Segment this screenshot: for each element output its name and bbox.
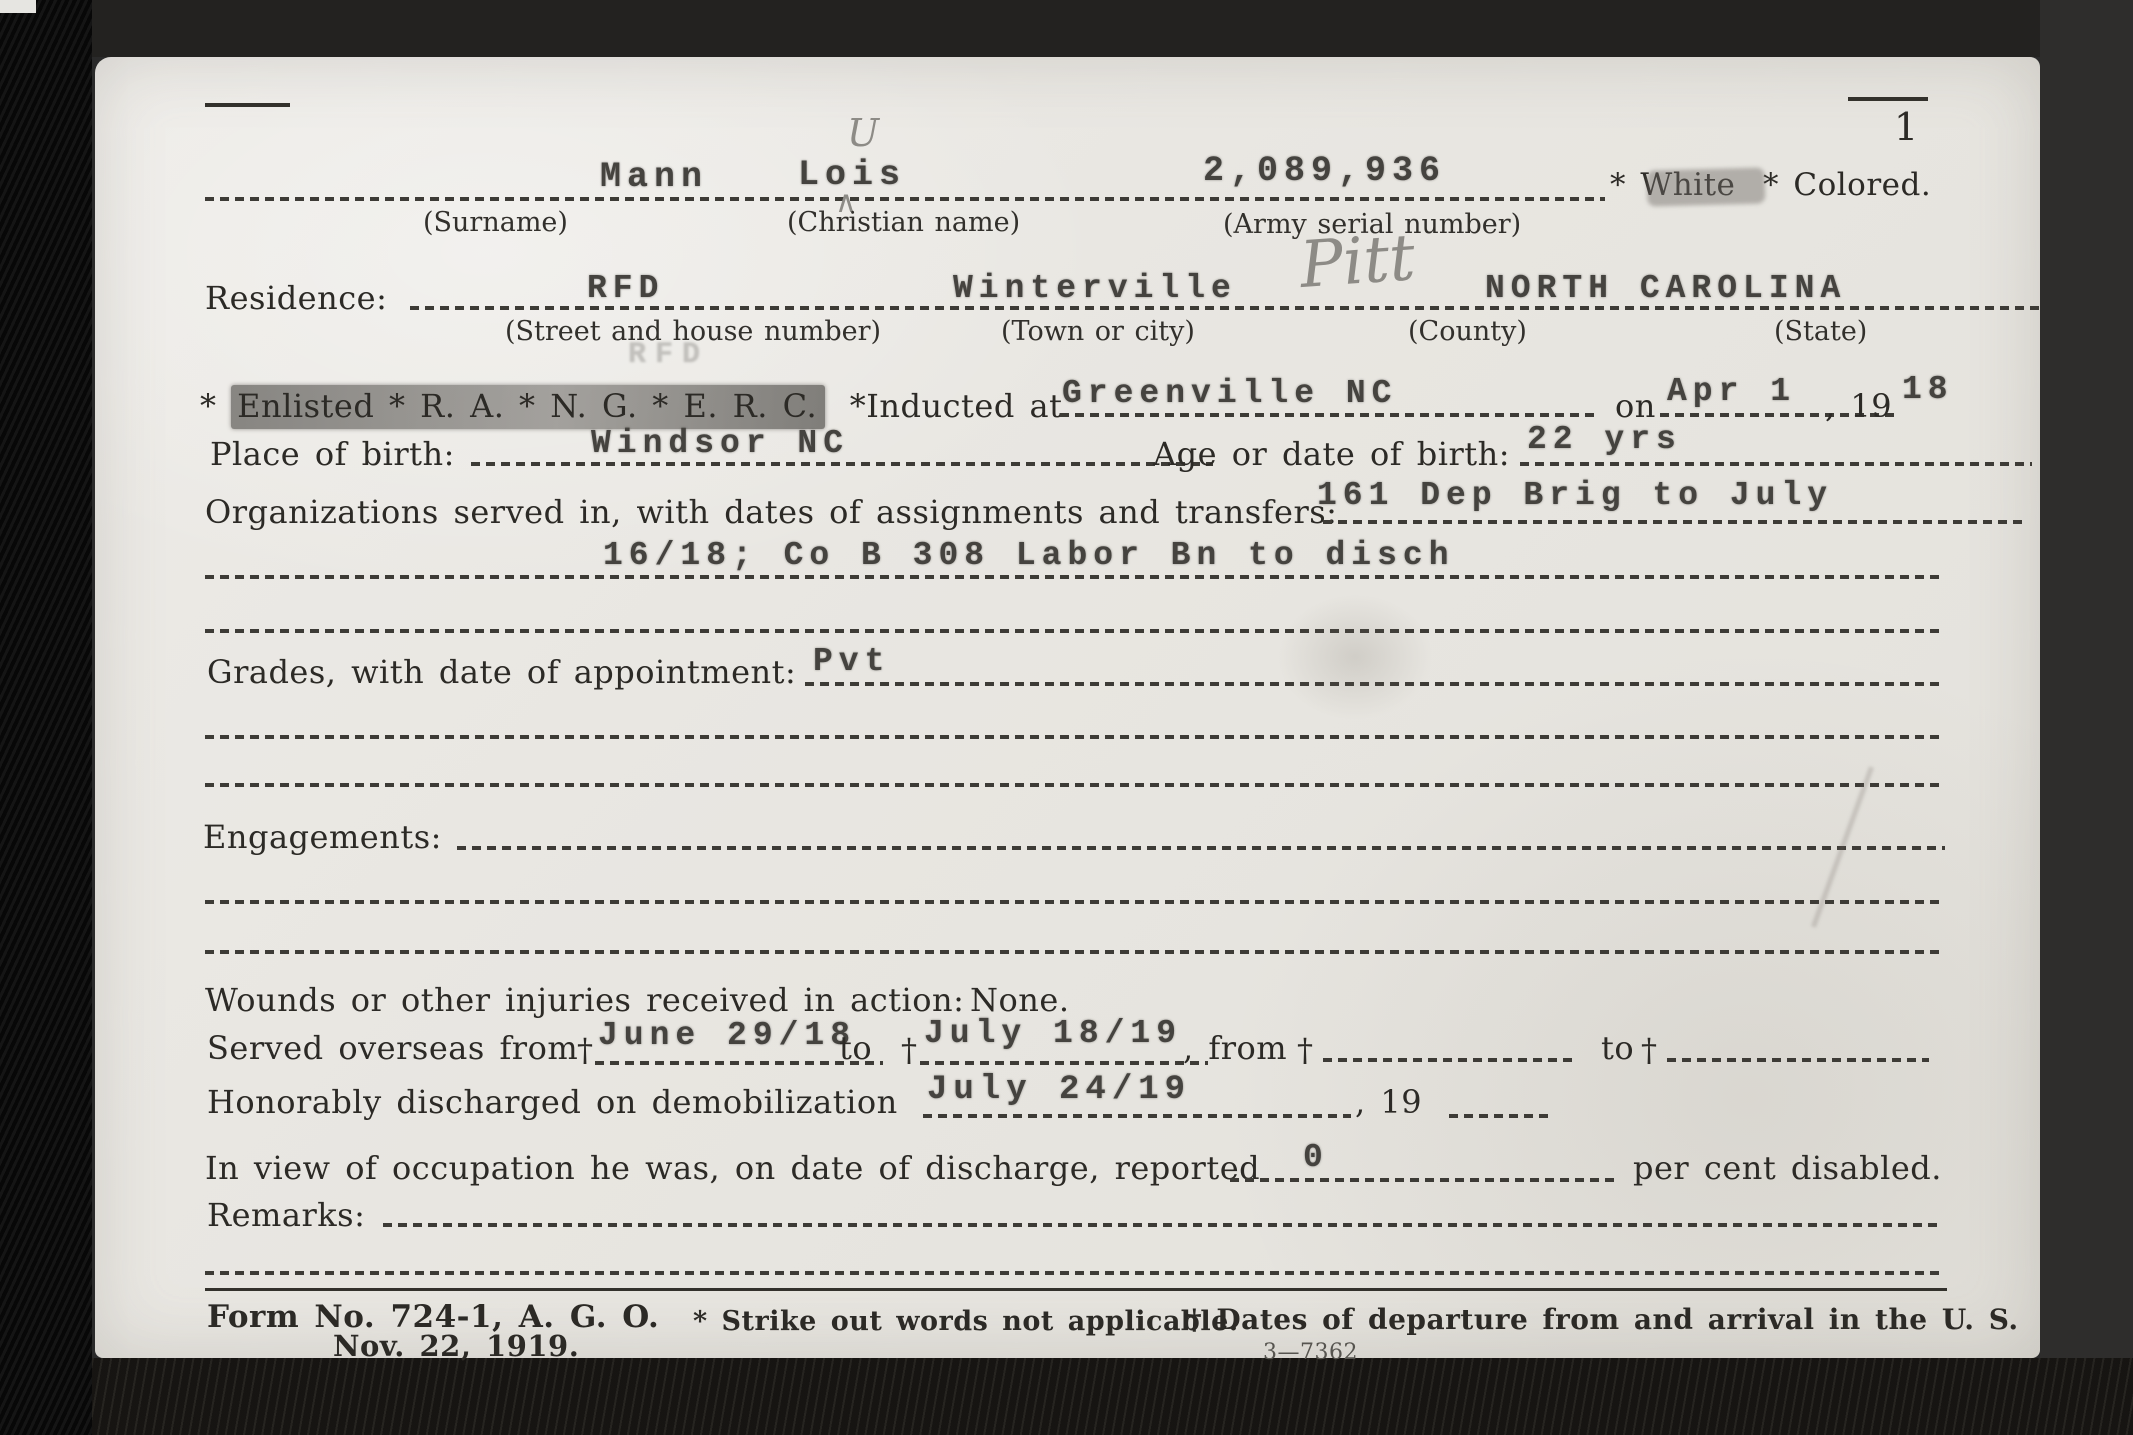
overseas-from-2-label: , from: [1183, 1029, 1287, 1067]
page-number: 1: [1894, 105, 1919, 149]
street-value: RFD: [587, 270, 664, 307]
grades-label: Grades, with date of appointment:: [207, 653, 796, 691]
inducted-place-line: [1060, 413, 1600, 417]
army-serial-value: 2,089,936: [1203, 151, 1446, 191]
overseas-to-label-1: to: [839, 1029, 872, 1067]
age-label: Age or date of birth:: [1153, 435, 1510, 473]
disability-suffix: per cent disabled.: [1633, 1149, 1942, 1187]
overseas-from-2-line: [1323, 1058, 1578, 1062]
insert-letter-annotation: U: [847, 111, 879, 155]
town-caption: (Town or city): [1001, 316, 1195, 347]
organizations-line-2: [205, 575, 1945, 579]
residence-label: Residence:: [205, 279, 387, 317]
dagger-4: †: [1641, 1031, 1658, 1069]
year-prefix: , 19: [1825, 387, 1892, 425]
struck-out-enlistment-options: Enlisted * R. A. * N. G. * E. R. C.: [231, 385, 825, 429]
scan-bottom-border: [92, 1358, 2133, 1435]
scan-top-border: [92, 0, 2133, 57]
discharge-date-line: [923, 1114, 1351, 1118]
scan-corner-artifact: [0, 0, 36, 13]
enlistment-star: *: [200, 387, 217, 425]
dagger-3: †: [1297, 1031, 1314, 1069]
corner-rule-left: [205, 103, 290, 107]
enlistment-line: * Enlisted * R. A. * N. G. * E. R. C. *I…: [200, 387, 1062, 425]
place-of-birth-value: Windsor NC: [591, 425, 849, 462]
form-date: Nov. 22, 1919.: [333, 1329, 579, 1363]
surname-caption: (Surname): [423, 207, 568, 238]
blank-line-1: [205, 629, 1945, 633]
county-caption: (County): [1408, 316, 1527, 347]
scan-left-border: [0, 0, 92, 1435]
discharge-year-line: [1449, 1114, 1553, 1118]
discharge-label: Honorably discharged on demobilization: [207, 1083, 898, 1121]
blank-line-4: [205, 900, 1945, 904]
christian-name-caption: (Christian name): [787, 207, 1020, 238]
dagger-2: †: [901, 1031, 918, 1069]
town-value: Winterville: [953, 270, 1237, 307]
inducted-at-label: *Inducted at: [850, 387, 1063, 425]
discharge-year-prefix: , 19: [1355, 1083, 1422, 1121]
pencil-smudge-white: [1647, 167, 1766, 206]
colored-option: * Colored.: [1763, 167, 1931, 203]
place-of-birth-label: Place of birth:: [210, 435, 455, 473]
organizations-value-1: 161 Dep Brig to July: [1317, 477, 1833, 514]
age-value: 22 yrs: [1527, 421, 1682, 458]
engagements-line: [457, 846, 1945, 850]
wounds-value: None.: [970, 981, 1069, 1019]
footer-rule: [205, 1288, 1947, 1291]
blank-line-5: [205, 950, 1945, 954]
discharge-date-value: July 24/19: [927, 1071, 1191, 1109]
dagger-1: †: [577, 1031, 594, 1069]
organizations-value-2: 16/18; Co B 308 Labor Bn to disch: [603, 537, 1455, 574]
scan-right-border: [2040, 0, 2133, 1435]
blank-line-2: [205, 735, 1945, 739]
service-record-card: 1 Mann Lois U ∧ 2,089,936 * White * Colo…: [95, 57, 2040, 1358]
overseas-to-1-line: [920, 1061, 1208, 1065]
engagements-label: Engagements:: [203, 818, 442, 856]
age-line: [1520, 462, 2032, 466]
organizations-label: Organizations served in, with dates of a…: [205, 493, 1337, 531]
on-label: on: [1615, 387, 1656, 425]
county-value-handwritten: Pitt: [1298, 221, 1418, 303]
print-code: 3—7362: [1263, 1340, 1358, 1365]
organizations-line-1: [1323, 520, 2023, 524]
footnote-strike-out: * Strike out words not applicable.: [693, 1306, 1239, 1337]
name-line: [205, 197, 1605, 201]
state-value: NORTH CAROLINA: [1485, 270, 1846, 307]
overseas-to-2-line: [1667, 1058, 1929, 1062]
surname-value: Mann: [600, 157, 708, 197]
inducted-place-value: Greenville NC: [1062, 375, 1397, 412]
paper-stain: [1275, 592, 1435, 722]
corner-rule-right: [1848, 97, 1928, 101]
disability-label: In view of occupation he was, on date of…: [205, 1149, 1260, 1187]
induction-year-value: 18: [1902, 371, 1954, 408]
overseas-from-1-value: June 29/18: [598, 1017, 856, 1054]
footnote-departure-dates: † Dates of departure from and arrival in…: [1187, 1303, 2019, 1336]
place-of-birth-line: [471, 462, 1213, 466]
blank-line-3: [205, 783, 1945, 787]
street-ghost-impression: RFD: [628, 338, 709, 372]
state-caption: (State): [1774, 316, 1867, 347]
wounds-label: Wounds or other injuries received in act…: [205, 981, 964, 1019]
induction-date-value: Apr 1: [1667, 373, 1796, 410]
disability-value: 0: [1303, 1139, 1329, 1176]
grades-value: Pvt: [813, 643, 890, 680]
remarks-label: Remarks:: [207, 1196, 365, 1234]
disability-line: [1230, 1178, 1618, 1182]
overseas-to-label-2: to: [1601, 1029, 1634, 1067]
remarks-line: [383, 1223, 1943, 1227]
overseas-to-1-value: July 18/19: [924, 1015, 1182, 1052]
blank-line-6: [205, 1271, 1945, 1275]
overseas-label: Served overseas from: [207, 1029, 578, 1067]
